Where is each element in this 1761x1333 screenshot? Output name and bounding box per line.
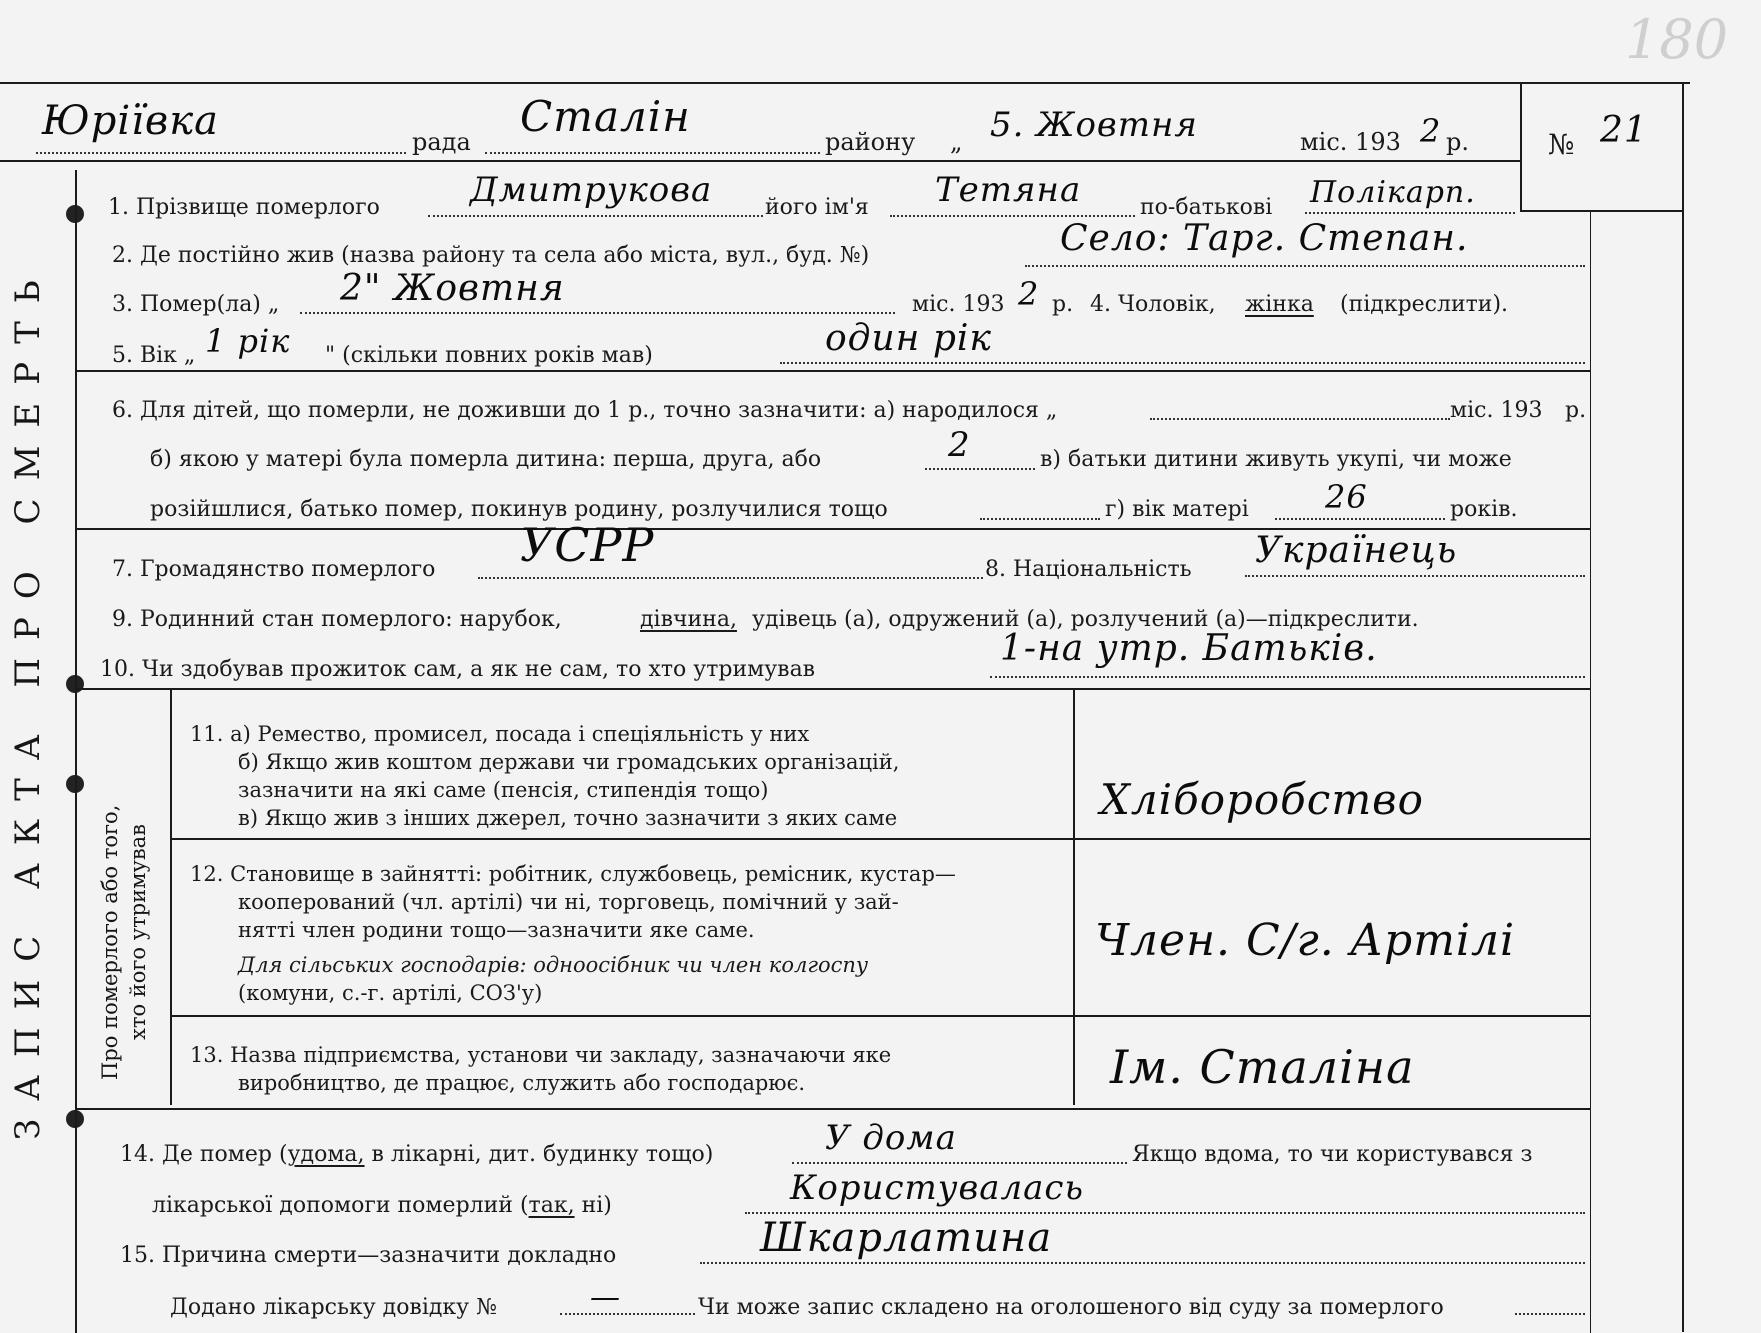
top-border — [0, 82, 1690, 84]
dotted-line — [428, 215, 763, 217]
death-record-form: 180 ЗАПИС АКТА ПРО СМЕРТЬ Юріївка рада С… — [0, 0, 1761, 1333]
medical-cert-label: Додано лікарську довідку № — [170, 1295, 497, 1320]
group-divider — [170, 690, 172, 1105]
field-6-month-label: міс. 193 — [1450, 398, 1542, 423]
section-divider — [75, 688, 1590, 690]
record-no-underline — [1520, 210, 1682, 212]
field-12-line1: 12. Становище в зайнятті: робітник, служ… — [190, 862, 956, 886]
right-border — [1682, 82, 1684, 1332]
mother-age-suffix: років. — [1450, 497, 1518, 522]
field-5-hint: " (скільки повних років мав) — [325, 343, 653, 368]
field-6-line2-tail: в) батьки дитини живуть укупі, чи може — [1040, 447, 1512, 472]
sex-selected-female: жінка — [1245, 292, 1314, 317]
dotted-line — [1515, 1313, 1585, 1315]
row-divider — [170, 838, 1590, 840]
council-label: рада — [412, 128, 471, 156]
medical-help-prefix: лікарської допомоги померлий ( — [152, 1193, 529, 1218]
field-6-line1: 6. Для дітей, що померли, не доживши до … — [112, 398, 1057, 423]
dotted-line — [745, 1212, 1585, 1214]
field-10-label: 10. Чи здобував прожиток сам, а як не са… — [100, 657, 815, 682]
inner-right-border — [1590, 210, 1591, 1333]
field-12-line5: (комуни, с.-г. артілі, СОЗ'у) — [238, 981, 542, 1005]
field-4-label: 4. Чоловік, — [1090, 292, 1216, 317]
row-divider — [170, 1015, 1590, 1017]
employment-status-value: Член. С/г. Артілі — [1095, 915, 1515, 966]
field-7-label: 7. Громадянство померлого — [112, 557, 435, 582]
field-11-line4: в) Якщо жив з інших джерел, точно зазнач… — [238, 806, 897, 830]
dotted-line — [890, 215, 1135, 217]
dotted-line — [700, 1262, 1585, 1264]
dotted-line — [925, 468, 1035, 470]
section-divider — [75, 1108, 1590, 1110]
field-12-line3: нятті член родини тощо—зазначити яке сам… — [238, 918, 755, 942]
field-6-line2: б) якою у матері була померла дитина: пе… — [150, 447, 821, 472]
deceased-surname: Дмитрукова — [470, 170, 712, 210]
deceased-patronymic: Полікарп. — [1310, 175, 1476, 210]
death-place-selected: удома, — [288, 1142, 365, 1167]
field-11-line1: 11. а) Ремество, промисел, посада і спец… — [190, 722, 809, 746]
dotted-line — [1275, 518, 1445, 520]
year-digit: 2 — [1420, 112, 1441, 150]
field-11-line3: зазначити на які саме (пенсія, стипендія… — [238, 778, 768, 802]
enterprise-value: Ім. Сталіна — [1110, 1040, 1415, 1094]
field-3-label: 3. Помер(ла) „ — [112, 292, 279, 317]
dotted-line — [36, 152, 406, 154]
medical-help-selected: так, — [529, 1193, 575, 1218]
dotted-line — [780, 362, 1585, 364]
patronymic-label: по-батькові — [1140, 195, 1272, 220]
dotted-line — [1305, 212, 1515, 214]
age-value: 1 рік — [205, 322, 290, 360]
court-declaration-label: Чи може запис складено на оголошеного ві… — [698, 1295, 1444, 1320]
field-1-label: 1. Прізвище померлого — [108, 195, 380, 220]
death-month-label: міс. 193 — [912, 292, 1004, 317]
side-group-label-2: хто його утримував — [126, 824, 150, 1040]
dotted-line — [980, 518, 1100, 520]
dotted-line — [560, 1313, 695, 1315]
death-year-suffix: р. — [1052, 292, 1073, 317]
dotted-line — [478, 577, 983, 579]
occupation-value: Хліборобство — [1100, 775, 1424, 824]
year-suffix: р. — [1446, 128, 1469, 156]
field-12-line2: кооперований (чл. артілі) чи ні, торгове… — [238, 890, 899, 914]
archive-page-number: 180 — [1625, 8, 1728, 71]
deceased-name: Тетяна — [935, 170, 1081, 210]
field-13-line2: виробництво, де працює, служить або госп… — [238, 1071, 805, 1095]
dotted-line — [792, 1162, 1127, 1164]
mother-age-value: 26 — [1325, 478, 1368, 516]
death-place-value: У дома — [825, 1118, 957, 1158]
death-year-digit: 2 — [1018, 275, 1039, 313]
dotted-line — [990, 676, 1585, 678]
field-6-line3: розійшлися, батько помер, покинув родину… — [150, 497, 888, 522]
field-13-line1: 13. Назва підприємства, установи чи закл… — [190, 1043, 891, 1067]
dotted-line — [1150, 418, 1450, 420]
field-6-year-suffix: р. — [1565, 398, 1586, 423]
cause-of-death-value: Шкарлатина — [760, 1215, 1052, 1261]
field-9-prefix: 9. Родинний стан померлого: нарубок, — [112, 607, 562, 632]
margin-title: ЗАПИС АКТА ПРО СМЕРТЬ — [8, 262, 48, 1140]
field-14-line2: лікарської допомоги померлий (так, ні) — [152, 1193, 612, 1218]
age-in-words: один рік — [825, 318, 992, 359]
dotted-line — [1025, 265, 1585, 267]
field-14-label: 14. Де помер (удома, в лікарні, дит. буд… — [120, 1142, 713, 1167]
mother-age-label: г) вік матері — [1105, 497, 1249, 522]
field-12-line4: Для сільських господарів: одноосібник чи… — [238, 953, 868, 977]
field-4-hint: (підкреслити). — [1340, 292, 1508, 317]
value-column-divider — [1073, 690, 1075, 1105]
nationality-value: Українець — [1255, 530, 1457, 571]
dotted-line — [1245, 575, 1585, 577]
district-value: Сталін — [520, 92, 691, 141]
dotted-line — [300, 312, 895, 314]
registration-date-value: 5. Жовтня — [990, 105, 1198, 145]
record-no-label: № — [1548, 128, 1575, 161]
marital-status-selected: дівчина, — [640, 607, 737, 632]
month-label: міс. 193 — [1300, 128, 1401, 156]
supporter-value: 1-на утр. Батьків. — [1000, 628, 1378, 669]
medical-cert-value: — — [590, 1280, 621, 1315]
record-no-divider — [1520, 82, 1522, 210]
left-border — [75, 170, 77, 1333]
dotted-line — [485, 152, 820, 154]
residence-value: Село: Тарг. Степан. — [1060, 218, 1468, 259]
field-14-prefix: 14. Де помер ( — [120, 1142, 288, 1167]
field-8-label: 8. Національність — [985, 557, 1192, 582]
header-underline — [0, 160, 1520, 162]
child-order-value: 2 — [948, 425, 971, 465]
side-group-label-1: Про померлого або того, — [98, 805, 122, 1080]
field-11-line2: б) Якщо жив коштом держави чи громадськи… — [238, 750, 899, 774]
name-label: його ім'я — [765, 195, 869, 220]
field-14-tail: Якщо вдома, то чи користувався з — [1132, 1142, 1532, 1167]
council-value: Юріївка — [42, 98, 219, 144]
death-date-value: 2" Жовтня — [340, 268, 565, 309]
medical-help-suffix: ні) — [582, 1193, 612, 1218]
district-label: району — [825, 128, 915, 156]
field-15-label: 15. Причина смерти—зазначити докладно — [120, 1243, 616, 1268]
field-5-label: 5. Вік „ — [112, 343, 195, 368]
section-divider — [75, 370, 1590, 372]
field-14-suffix: в лікарні, дит. будинку тощо) — [372, 1142, 714, 1167]
citizenship-value: УСРР — [520, 518, 654, 572]
field-2-label: 2. Де постійно жив (назва району та села… — [112, 243, 869, 268]
medical-help-value: Користувалась — [790, 1168, 1084, 1208]
record-no-value: 21 — [1600, 110, 1648, 151]
